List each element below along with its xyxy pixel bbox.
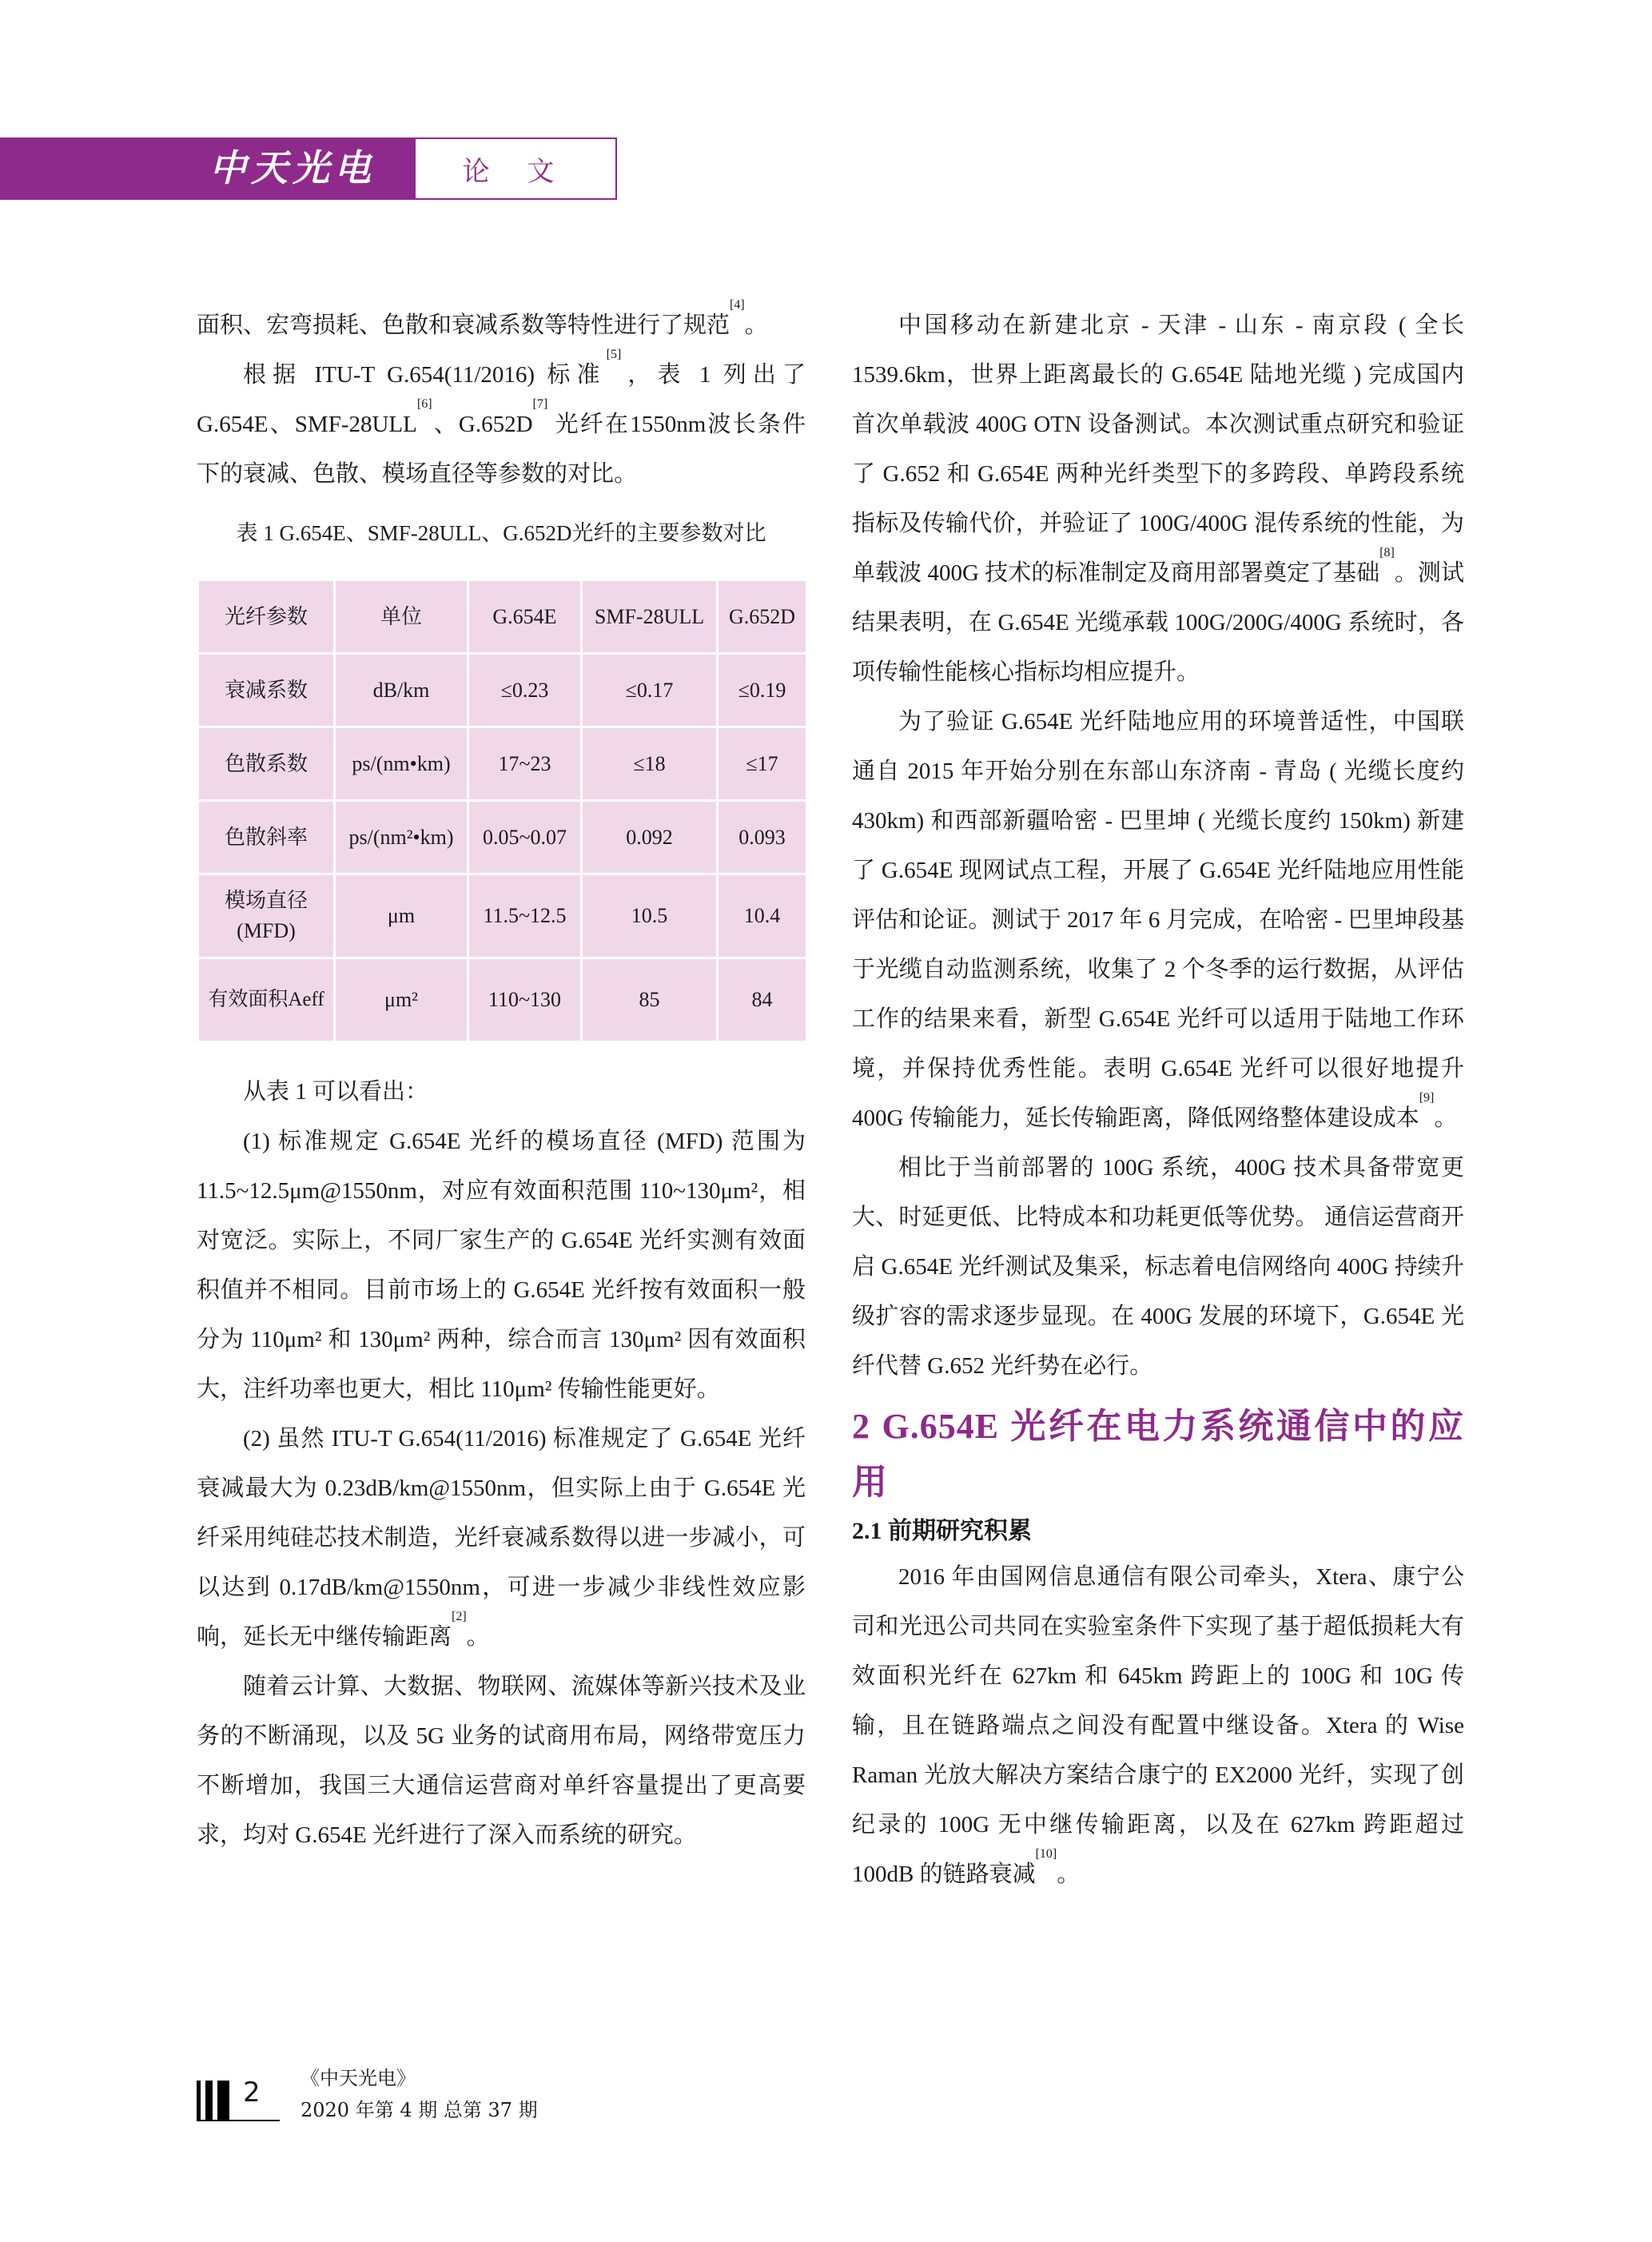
text: 、G.652D (432, 412, 533, 437)
table-cell: 0.092 (582, 801, 718, 874)
text: 。 (1057, 1862, 1080, 1887)
paragraph: 从表 1 可以看出： (197, 1067, 806, 1117)
table-header-cell: SMF-28ULL (582, 580, 718, 654)
table-cell: μm² (335, 958, 468, 1042)
table-cell: 10.4 (718, 874, 807, 958)
section-heading: 2 G.654E 光纤在电力系统通信中的应用 (852, 1399, 1464, 1511)
table-cell: 11.5~12.5 (468, 874, 582, 958)
table-cell: 有效面积Aeff (198, 958, 335, 1042)
parameter-table: 光纤参数 单位 G.654E SMF-28ULL G.652D 衰减系数 dB/… (197, 579, 808, 1043)
table-caption: 表 1 G.654E、SMF-28ULL、G.652D光纤的主要参数对比 (197, 508, 806, 558)
reference: [8] (1379, 546, 1395, 560)
table-header-cell: 单位 (335, 580, 468, 654)
section-box: 论 文 (414, 137, 617, 200)
text: 面积、宏弯损耗、色散和衰减系数等特性进行了规范 (197, 313, 730, 338)
table-cell: 0.05~0.07 (468, 801, 582, 874)
text: 。 (1434, 1105, 1457, 1131)
table-cell: ≤0.23 (468, 654, 582, 727)
paragraph: 2016 年由国网信息通信有限公司牵头，Xtera、康宁公司和光迅公司共同在实验… (852, 1552, 1464, 1899)
table-row: 模场直径(MFD) μm 11.5~12.5 10.5 10.4 (198, 874, 807, 958)
page-number: 2 (243, 2077, 261, 2109)
table-row: 衰减系数 dB/km ≤0.23 ≤0.17 ≤0.19 (198, 654, 807, 727)
table-cell: 85 (582, 958, 718, 1042)
paragraph: 根据 ITU-T G.654(11/2016) 标准[5]，表 1 列出了 G.… (197, 350, 806, 499)
text: 中国移动在新建北京 - 天津 - 山东 - 南京段 ( 全长 1539.6km，… (852, 313, 1464, 586)
brand-logo: 中天光电 (209, 145, 376, 190)
header-band: 中天光电 (0, 137, 414, 200)
table-cell: ps/(nm•km) (335, 727, 468, 801)
text: (2) 虽然 ITU-T G.654(11/2016) 标准规定了 G.654E… (197, 1426, 806, 1650)
reference: [9] (1419, 1091, 1435, 1105)
table-cell: 0.093 (718, 801, 807, 874)
table-cell: μm (335, 874, 468, 958)
table-cell: 10.5 (582, 874, 718, 958)
table-cell: ≤17 (718, 727, 807, 801)
table-header-cell: G.652D (718, 580, 807, 654)
table-row: 色散斜率 ps/(nm²•km) 0.05~0.07 0.092 0.093 (198, 801, 807, 874)
text: 。 (467, 1624, 490, 1650)
footer-rule (197, 2120, 280, 2121)
reference: [10] (1036, 1847, 1057, 1861)
text: 。 (745, 313, 768, 338)
text: 2016 年由国网信息通信有限公司牵头，Xtera、康宁公司和光迅公司共同在实验… (852, 1564, 1464, 1887)
paragraph: 随着云计算、大数据、物联网、流媒体等新兴技术及业务的不断涌现，以及 5G 业务的… (197, 1662, 806, 1860)
paragraph: 面积、宏弯损耗、色散和衰减系数等特性进行了规范[4]。 (197, 301, 806, 350)
reference: [5] (607, 348, 622, 361)
table-header-row: 光纤参数 单位 G.654E SMF-28ULL G.652D (198, 580, 807, 654)
reference: [2] (452, 1610, 467, 1623)
paragraph: 相比于当前部署的 100G 系统，400G 技术具备带宽更大、时延更低、比特成本… (852, 1143, 1464, 1391)
table-cell: 色散斜率 (198, 801, 335, 874)
table-cell: 110~130 (468, 958, 582, 1042)
journal-issue: 2020 年第 4 期 总第 37 期 (301, 2094, 538, 2126)
reference: [7] (533, 397, 548, 411)
table-cell: ≤0.17 (582, 654, 718, 727)
text: 为了验证 G.654E 光纤陆地应用的环境普适性，中国联通自 2015 年开始分… (852, 709, 1464, 1131)
left-column: 面积、宏弯损耗、色散和衰减系数等特性进行了规范[4]。 根据 ITU-T G.6… (197, 301, 806, 1860)
table-header-cell: 光纤参数 (198, 580, 335, 654)
section-label: 论 文 (463, 149, 569, 189)
table-row: 有效面积Aeff μm² 110~130 85 84 (198, 958, 807, 1042)
text: 根据 ITU-T G.654(11/2016) 标准 (243, 362, 607, 388)
barcode-mark-icon (197, 2081, 229, 2120)
table-cell: 模场直径(MFD) (198, 874, 335, 958)
table-row: 色散系数 ps/(nm•km) 17~23 ≤18 ≤17 (198, 727, 807, 801)
paragraph: 为了验证 G.654E 光纤陆地应用的环境普适性，中国联通自 2015 年开始分… (852, 697, 1464, 1143)
paragraph: 中国移动在新建北京 - 天津 - 山东 - 南京段 ( 全长 1539.6km，… (852, 301, 1464, 697)
paragraph: (2) 虽然 ITU-T G.654(11/2016) 标准规定了 G.654E… (197, 1414, 806, 1662)
table-header-cell: G.654E (468, 580, 582, 654)
journal-info: 《中天光电》 2020 年第 4 期 总第 37 期 (301, 2062, 538, 2126)
table-cell: ps/(nm²•km) (335, 801, 468, 874)
table-cell: 17~23 (468, 727, 582, 801)
subsection-heading: 2.1 前期研究积累 (852, 1511, 1464, 1552)
right-column: 中国移动在新建北京 - 天津 - 山东 - 南京段 ( 全长 1539.6km，… (852, 301, 1464, 1899)
table-cell: 色散系数 (198, 727, 335, 801)
paragraph: (1) 标准规定 G.654E 光纤的模场直径 (MFD) 范围为 11.5~1… (197, 1117, 806, 1414)
reference: [4] (730, 298, 745, 312)
reference: [6] (417, 397, 432, 411)
table-cell: ≤0.19 (718, 654, 807, 727)
table-cell: 衰减系数 (198, 654, 335, 727)
journal-name: 《中天光电》 (301, 2062, 538, 2094)
table-cell: 84 (718, 958, 807, 1042)
table-cell: dB/km (335, 654, 468, 727)
table-cell: ≤18 (582, 727, 718, 801)
